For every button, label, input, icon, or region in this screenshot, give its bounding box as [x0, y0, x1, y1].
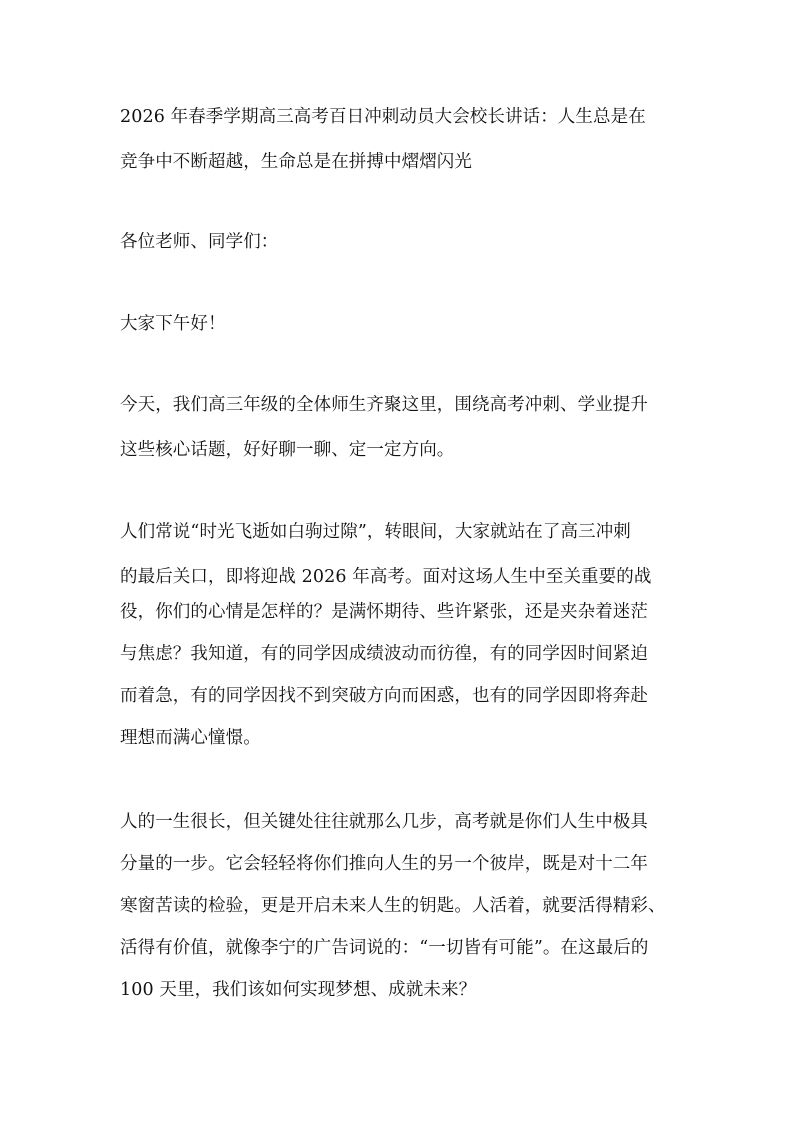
document-page: 2026 年春季学期高三高考百日冲刺动员大会校长讲话：人生总是在 竞争中不断超越… [0, 0, 793, 1122]
paragraph-2-line-4: 与焦虑？我知道，有的同学因成绩波动而彷徨，有的同学因时间紧迫 [120, 642, 680, 666]
document-title-line-2: 竞争中不断超越，生命总是在拼搏中熠熠闪光 [120, 150, 680, 174]
paragraph-1-line-2: 这些核心话题，好好聊一聊、定一定方向。 [120, 438, 680, 462]
salutation: 各位老师、同学们： [120, 230, 680, 254]
paragraph-2-line-5: 而着急，有的同学因找不到突破方向而困惑，也有的同学因即将奔赴 [120, 684, 680, 708]
paragraph-3-line-5: 100 天里，我们该如何实现梦想、成就未来？ [120, 978, 680, 1002]
paragraph-2-line-6: 理想而满心憧憬。 [120, 726, 680, 750]
paragraph-2-line-1: 人们常说“时光飞逝如白驹过隙”，转眼间，大家就站在了高三冲刺 [120, 520, 680, 544]
paragraph-1-line-1: 今天，我们高三年级的全体师生齐聚这里，围绕高考冲刺、学业提升 [120, 393, 680, 417]
paragraph-3-line-4: 活得有价值，就像李宁的广告词说的：“一切皆有可能”。在这最后的 [120, 936, 680, 960]
paragraph-3-line-1: 人的一生很长，但关键处往往就那么几步，高考就是你们人生中极具 [120, 810, 680, 834]
greeting: 大家下午好！ [120, 312, 680, 336]
paragraph-3-line-3: 寒窗苦读的检验，更是开启未来人生的钥匙。人活着，就要活得精彩、 [120, 894, 680, 918]
document-title-line-1: 2026 年春季学期高三高考百日冲刺动员大会校长讲话：人生总是在 [120, 105, 680, 129]
paragraph-2-line-3: 役，你们的心情是怎样的？是满怀期待、些许紧张，还是夹杂着迷茫 [120, 600, 680, 624]
paragraph-3-line-2: 分量的一步。它会轻轻将你们推向人生的另一个彼岸，既是对十二年 [120, 852, 680, 876]
paragraph-2-line-2: 的最后关口，即将迎战 2026 年高考。面对这场人生中至关重要的战 [120, 565, 680, 589]
